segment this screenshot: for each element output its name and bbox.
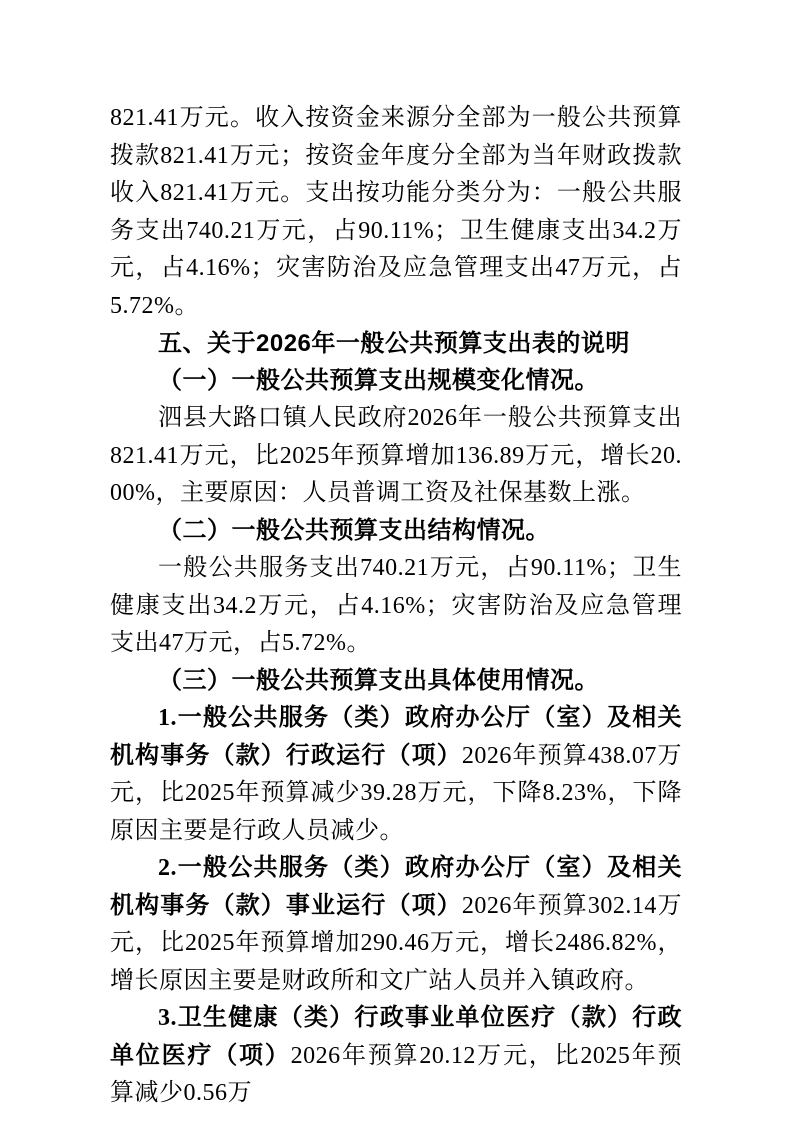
budget-item-2: 2.一般公共服务（类）政府办公厅（室）及相关机构事务（款）事业运行（项）2026… <box>110 850 682 1000</box>
subsection-1-heading: （一）一般公共预算支出规模变化情况。 <box>110 363 682 401</box>
intro-paragraph: 821.41万元。收入按资金来源分全部为一般公共预算拨款821.41万元；按资金… <box>110 100 682 325</box>
budget-item-3: 3.卫生健康（类）行政事业单位医疗（款）行政单位医疗（项）2026年预算20.1… <box>110 1000 682 1113</box>
section-heading: 五、关于2026年一般公共预算支出表的说明 <box>110 325 682 363</box>
subsection-3-heading: （三）一般公共预算支出具体使用情况。 <box>110 663 682 701</box>
budget-item-1: 1.一般公共服务（类）政府办公厅（室）及相关机构事务（款）行政运行（项）2026… <box>110 700 682 850</box>
document-content: 821.41万元。收入按资金来源分全部为一般公共预算拨款821.41万元；按资金… <box>110 100 682 1113</box>
subsection-2-paragraph: 一般公共服务支出740.21万元，占90.11%；卫生健康支出34.2万元，占4… <box>110 550 682 663</box>
subsection-2-heading: （二）一般公共预算支出结构情况。 <box>110 513 682 551</box>
subsection-1-paragraph: 泗县大路口镇人民政府2026年一般公共预算支出821.41万元，比2025年预算… <box>110 400 682 513</box>
document-page: 821.41万元。收入按资金来源分全部为一般公共预算拨款821.41万元；按资金… <box>0 0 793 1122</box>
